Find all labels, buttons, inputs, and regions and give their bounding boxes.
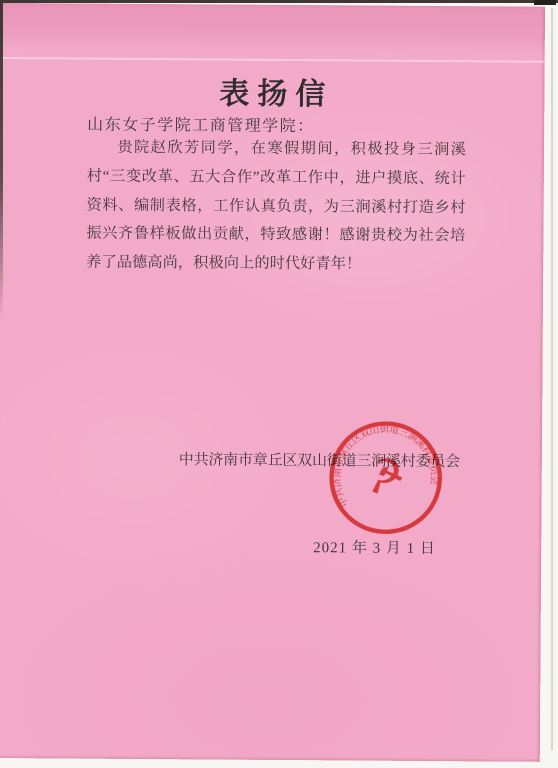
scan-corner-notch: [534, 0, 556, 5]
hammer-and-sickle-icon: ☭: [360, 447, 411, 506]
scanned-letter-page: 表扬信 山东女子学院工商管理学院： 贵院赵欣芳同学，在寒假期间，积极投身三涧溪村…: [0, 0, 558, 768]
paper-stack-edge-line: [551, 8, 553, 750]
letter-body: 贵院赵欣芳同学，在寒假期间，积极投身三涧溪村“三变改革、五大合作”改革工作中，进…: [86, 134, 466, 281]
official-red-seal: 中共济南市章丘区双山街道三涧溪村委员会 ☭: [316, 408, 456, 548]
pink-paper: 表扬信 山东女子学院工商管理学院： 贵院赵欣芳同学，在寒假期间，积极投身三涧溪村…: [0, 3, 545, 762]
letter-title: 表扬信: [0, 67, 544, 115]
scan-edge-left: [0, 0, 3, 320]
scan-edge-top: [0, 0, 558, 3]
seal-graphic: 中共济南市章丘区双山街道三涧溪村委员会 ☭: [316, 408, 456, 548]
salutation-line: 山东女子学院工商管理学院：: [87, 112, 315, 137]
